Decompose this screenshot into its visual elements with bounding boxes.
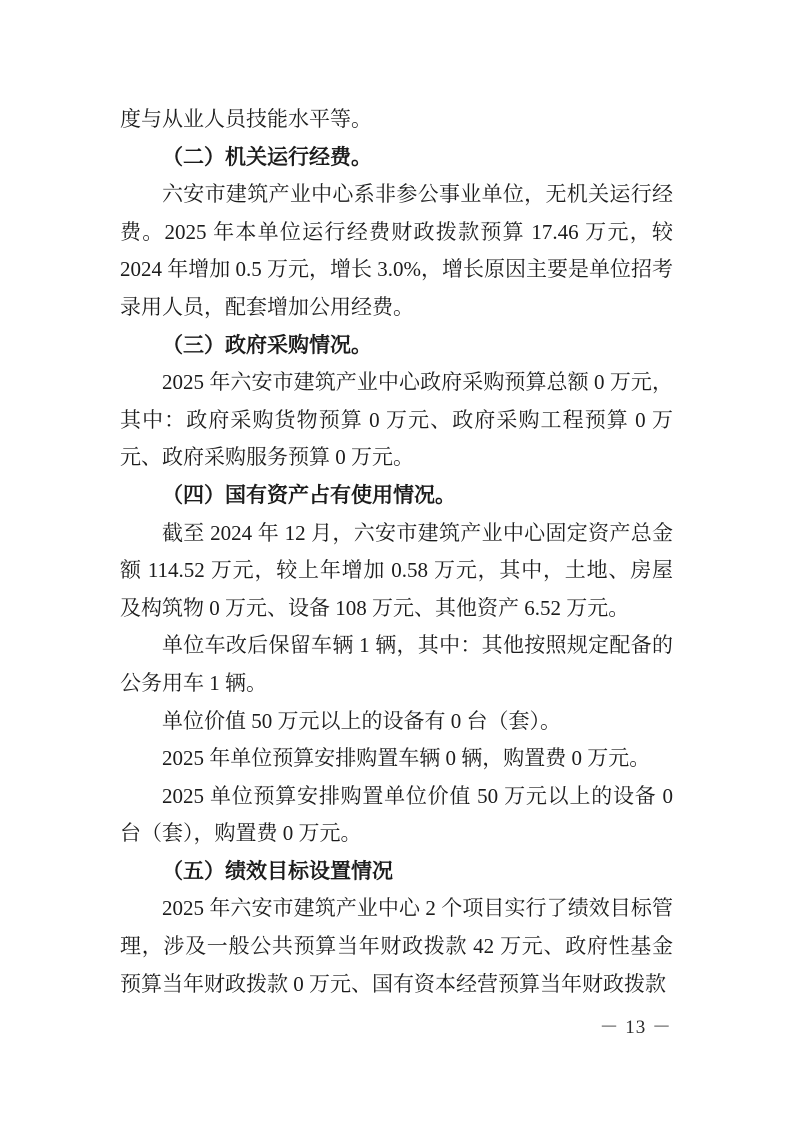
document-page: 度与从业人员技能水平等。 （二）机关运行经费。 六安市建筑产业中心系非参公事业单… [0,0,793,1122]
paragraph-agency-operating-expense: 六安市建筑产业中心系非参公事业单位，无机关运行经费。2025 年本单位运行经费财… [120,176,673,326]
paragraph-vehicle-purchase-budget: 2025 年单位预算安排购置车辆 0 辆，购置费 0 万元。 [120,740,673,778]
paragraph-government-procurement: 2025 年六安市建筑产业中心政府采购预算总额 0 万元，其中：政府采购货物预算… [120,364,673,477]
section-heading-2: （二）机关运行经费。 [120,139,673,177]
section-heading-4: （四）国有资产占有使用情况。 [120,477,673,515]
paragraph-equipment-purchase-budget: 2025 单位预算安排购置单位价值 50 万元以上的设备 0 台（套），购置费 … [120,778,673,853]
paragraph-state-assets-total: 截至 2024 年 12 月，六安市建筑产业中心固定资产总金额 114.52 万… [120,515,673,628]
paragraph-equipment-over-50: 单位价值 50 万元以上的设备有 0 台（套）。 [120,703,673,741]
section-heading-3: （三）政府采购情况。 [120,327,673,365]
document-body: 度与从业人员技能水平等。 （二）机关运行经费。 六安市建筑产业中心系非参公事业单… [120,101,673,1003]
paragraph-performance-targets: 2025 年六安市建筑产业中心 2 个项目实行了绩效目标管理，涉及一般公共预算当… [120,890,673,1003]
paragraph-continuation: 度与从业人员技能水平等。 [120,101,673,139]
page-number: － 13 － [599,1016,672,1040]
paragraph-retained-vehicles: 单位车改后保留车辆 1 辆，其中：其他按照规定配备的公务用车 1 辆。 [120,627,673,702]
section-heading-5: （五）绩效目标设置情况 [120,853,673,891]
